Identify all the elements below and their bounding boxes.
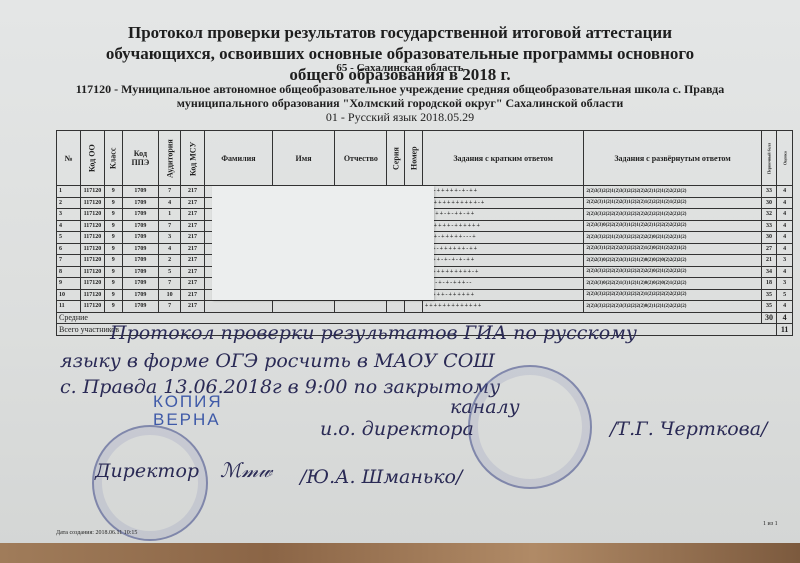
school-name: 117120 - Муниципальное автономное общеоб…: [0, 82, 800, 110]
cell-short: +---+-+-+++--: [422, 278, 584, 290]
cell-oo: 117120: [80, 220, 104, 232]
cell-ext: 2(2)3(3)2(2)2(2)3(3)2(2)2(2)1(2)2(2)2(2)…: [584, 289, 761, 301]
cell-ppe: 1709: [122, 289, 158, 301]
cell-score: 30: [761, 232, 777, 244]
cell-short: +--++-+-++-++: [422, 209, 584, 221]
cell-cls: 9: [104, 232, 122, 244]
cell-score: 18: [761, 278, 777, 290]
cell-score: 34: [761, 266, 777, 278]
cell-oo: 117120: [80, 278, 104, 290]
cell-score: 35: [761, 289, 777, 301]
cell-ppe: 1709: [122, 220, 158, 232]
cell-oo: 117120: [80, 209, 104, 221]
cell-score: 32: [761, 209, 777, 221]
cell-n: 5: [57, 232, 81, 244]
creation-date: Дата создания: 2018.06.11 10:15: [56, 530, 137, 536]
cell-ext: 2(2)3(3)2(2)2(2)3(3)2(2)2(2)0(2)1(2)1(2)…: [584, 301, 761, 313]
cell-ppe: 1709: [122, 243, 158, 255]
cell-grade: 5: [777, 289, 793, 301]
cell-grade: 4: [777, 186, 793, 198]
column-header: Номер: [405, 131, 423, 186]
cell-aud: 5: [159, 266, 181, 278]
cell-msu: 217: [181, 232, 205, 244]
cell-aud: 7: [159, 220, 181, 232]
school-seal-right: [468, 365, 592, 489]
document-title: Протокол проверки результатов государств…: [0, 22, 800, 85]
cell-cls: 9: [104, 255, 122, 267]
cell-msu: 217: [181, 266, 205, 278]
cell-short: +++-+++++---+: [422, 232, 584, 244]
handwritten-note-line-1: Протокол проверки результатов ГИА по рус…: [110, 322, 637, 344]
cell-ppe: 1709: [122, 209, 158, 221]
cell-aud: 7: [159, 278, 181, 290]
subject-label: 01 - Русский язык 2018.05.29: [0, 110, 800, 125]
cell-aud: 7: [159, 301, 181, 313]
column-header: Оценка: [777, 131, 793, 186]
cell-n: 10: [57, 289, 81, 301]
page-number: 1 из 1: [763, 521, 778, 527]
region-label: 65 - Сахалинская область: [0, 62, 800, 74]
cell-cls: 9: [104, 289, 122, 301]
cell-cls: 9: [104, 209, 122, 221]
cell-oo: 117120: [80, 243, 104, 255]
cell-short: ++++++-++++++: [422, 220, 584, 232]
cell-n: 7: [57, 255, 81, 267]
cell-oo: 117120: [80, 232, 104, 244]
cell-aud: 2: [159, 255, 181, 267]
cell-score: 30: [761, 197, 777, 209]
cell-oo: 117120: [80, 186, 104, 198]
cell-n: 6: [57, 243, 81, 255]
school-seal-left: [92, 425, 208, 541]
cell-oo: 117120: [80, 255, 104, 267]
average-grade: 4: [777, 312, 793, 324]
cell-short: -++++++++++-+: [422, 266, 584, 278]
cell-grade: 4: [777, 266, 793, 278]
acting-director-name: /Т.Г. Черткова/: [610, 418, 767, 440]
cell-ppe: 1709: [122, 255, 158, 267]
handwritten-note-line-2: языку в форме ОГЭ росчить в МАОУ СОШ: [60, 350, 495, 372]
cell-ppe: 1709: [122, 186, 158, 198]
cell-oo: 117120: [80, 301, 104, 313]
copy-certified-stamp: КОПИЯ ВЕРНА: [153, 393, 223, 429]
cell-ext: 2(2)3(3)0(2)2(2)1(3)1(2)1(2)0(2)0(2)0(2)…: [584, 278, 761, 290]
cell-aud: 4: [159, 197, 181, 209]
cell-ext: 2(2)3(3)2(2)1(2)3(3)2(2)2(2)2(2)0(2)1(2)…: [584, 232, 761, 244]
cell-score: 27: [761, 243, 777, 255]
cell-ext: 2(2)3(3)2(2)2(2)3(3)2(2)2(2)2(2)2(2)1(2)…: [584, 209, 761, 221]
cell-aud: 10: [159, 289, 181, 301]
cell-n: 8: [57, 266, 81, 278]
cell-short: ++++++++++++-+: [422, 197, 584, 209]
director-label: Директор: [95, 460, 199, 482]
handwritten-note-line-3: с. Правда 13.06.2018г в 9:00 по закрытом…: [60, 376, 500, 398]
cell-msu: 217: [181, 220, 205, 232]
cell-n: 1: [57, 186, 81, 198]
column-header: Код ОО: [80, 131, 104, 186]
total-participants: 11: [777, 324, 793, 336]
column-header: Первичный балл: [761, 131, 777, 186]
cell-cls: 9: [104, 278, 122, 290]
cell-short: +-+-++++++-++: [422, 243, 584, 255]
cell-aud: 1: [159, 209, 181, 221]
cell-ppe: 1709: [122, 232, 158, 244]
cell-msu: 217: [181, 301, 205, 313]
cell-ppe: 1709: [122, 278, 158, 290]
cell-cls: 9: [104, 197, 122, 209]
cell-redacted: [272, 301, 335, 313]
cell-msu: 217: [181, 209, 205, 221]
director-name: /Ю.А. Шманько/: [300, 466, 462, 488]
cell-grade: 3: [777, 255, 793, 267]
cell-msu: 217: [181, 255, 205, 267]
cell-redacted: [205, 301, 273, 313]
cell-cls: 9: [104, 301, 122, 313]
cell-ext: 2(2)3(3)2(2)2(2)3(3)2(2)2(2)2(2)0(2)1(2)…: [584, 266, 761, 278]
redaction-cover: [212, 186, 434, 300]
cell-n: 2: [57, 197, 81, 209]
cell-msu: 217: [181, 197, 205, 209]
column-header: Отчество: [335, 131, 387, 186]
cell-grade: 4: [777, 301, 793, 313]
cell-score: 33: [761, 220, 777, 232]
cell-oo: 117120: [80, 266, 104, 278]
cell-short: -+++-+-+-+-++: [422, 255, 584, 267]
cell-score: 21: [761, 255, 777, 267]
column-header: Серия: [387, 131, 405, 186]
cell-cls: 9: [104, 243, 122, 255]
cell-aud: 7: [159, 186, 181, 198]
cell-short: ++-+++++-+-++: [422, 186, 584, 198]
cell-aud: 3: [159, 232, 181, 244]
cell-cls: 9: [104, 266, 122, 278]
cell-score: 35: [761, 301, 777, 313]
cell-cls: 9: [104, 186, 122, 198]
cell-short: +++++++++++++: [422, 301, 584, 313]
cell-grade: 4: [777, 232, 793, 244]
cell-grade: 4: [777, 209, 793, 221]
column-header: Имя: [272, 131, 335, 186]
cell-redacted: [405, 301, 423, 313]
cell-n: 9: [57, 278, 81, 290]
column-header: Задания с развёрнутым ответом: [584, 131, 761, 186]
cell-n: 11: [57, 301, 81, 313]
cell-ext: 2(2)2(3)1(2)1(2)2(3)1(2)2(2)1(2)2(2)1(2)…: [584, 197, 761, 209]
cell-cls: 9: [104, 220, 122, 232]
acting-director-label: и.о. директора: [320, 418, 474, 440]
cell-ext: 2(2)3(3)2(2)1(2)3(3)2(2)2(2)2(2)1(2)1(2)…: [584, 186, 761, 198]
cell-oo: 117120: [80, 289, 104, 301]
cell-msu: 217: [181, 289, 205, 301]
cell-msu: 217: [181, 243, 205, 255]
cell-ppe: 1709: [122, 197, 158, 209]
cell-redacted: [387, 301, 405, 313]
table-surface: [0, 543, 800, 563]
cell-ext: 2(2)2(3)0(2)2(2)3(3)1(2)1(2)0(2)0(2)0(2)…: [584, 255, 761, 267]
cell-short: +-+++-++++++: [422, 289, 584, 301]
cell-score: 33: [761, 186, 777, 198]
average-score: 30: [761, 312, 777, 324]
column-header: №: [57, 131, 81, 186]
cell-msu: 217: [181, 278, 205, 290]
cell-grade: 3: [777, 278, 793, 290]
column-header: Задания с кратким ответом: [422, 131, 584, 186]
cell-n: 4: [57, 220, 81, 232]
cell-grade: 4: [777, 220, 793, 232]
column-header: Код МСУ: [181, 131, 205, 186]
cell-ext: 2(2)3(3)0(2)2(2)3(3)1(2)1(2)2(2)1(2)2(2)…: [584, 220, 761, 232]
column-header: Код ППЭ: [122, 131, 158, 186]
cell-oo: 117120: [80, 197, 104, 209]
cell-redacted: [335, 301, 387, 313]
director-signature: ℳ𝓂𝓌: [220, 458, 272, 482]
cell-grade: 4: [777, 197, 793, 209]
stamp-line-1: КОПИЯ: [153, 393, 223, 411]
column-header: Фамилия: [205, 131, 273, 186]
cell-grade: 4: [777, 243, 793, 255]
table-row: 11117120917097217+++++++++++++2(2)3(3)2(…: [57, 301, 793, 313]
cell-ext: 2(2)3(3)1(2)2(2)2(3)2(2)2(2)1(2)0(2)1(2)…: [584, 243, 761, 255]
cell-ppe: 1709: [122, 266, 158, 278]
cell-aud: 4: [159, 243, 181, 255]
cell-n: 3: [57, 209, 81, 221]
cell-msu: 217: [181, 186, 205, 198]
cell-ppe: 1709: [122, 301, 158, 313]
column-header: Класс: [104, 131, 122, 186]
column-header: Аудитория: [159, 131, 181, 186]
